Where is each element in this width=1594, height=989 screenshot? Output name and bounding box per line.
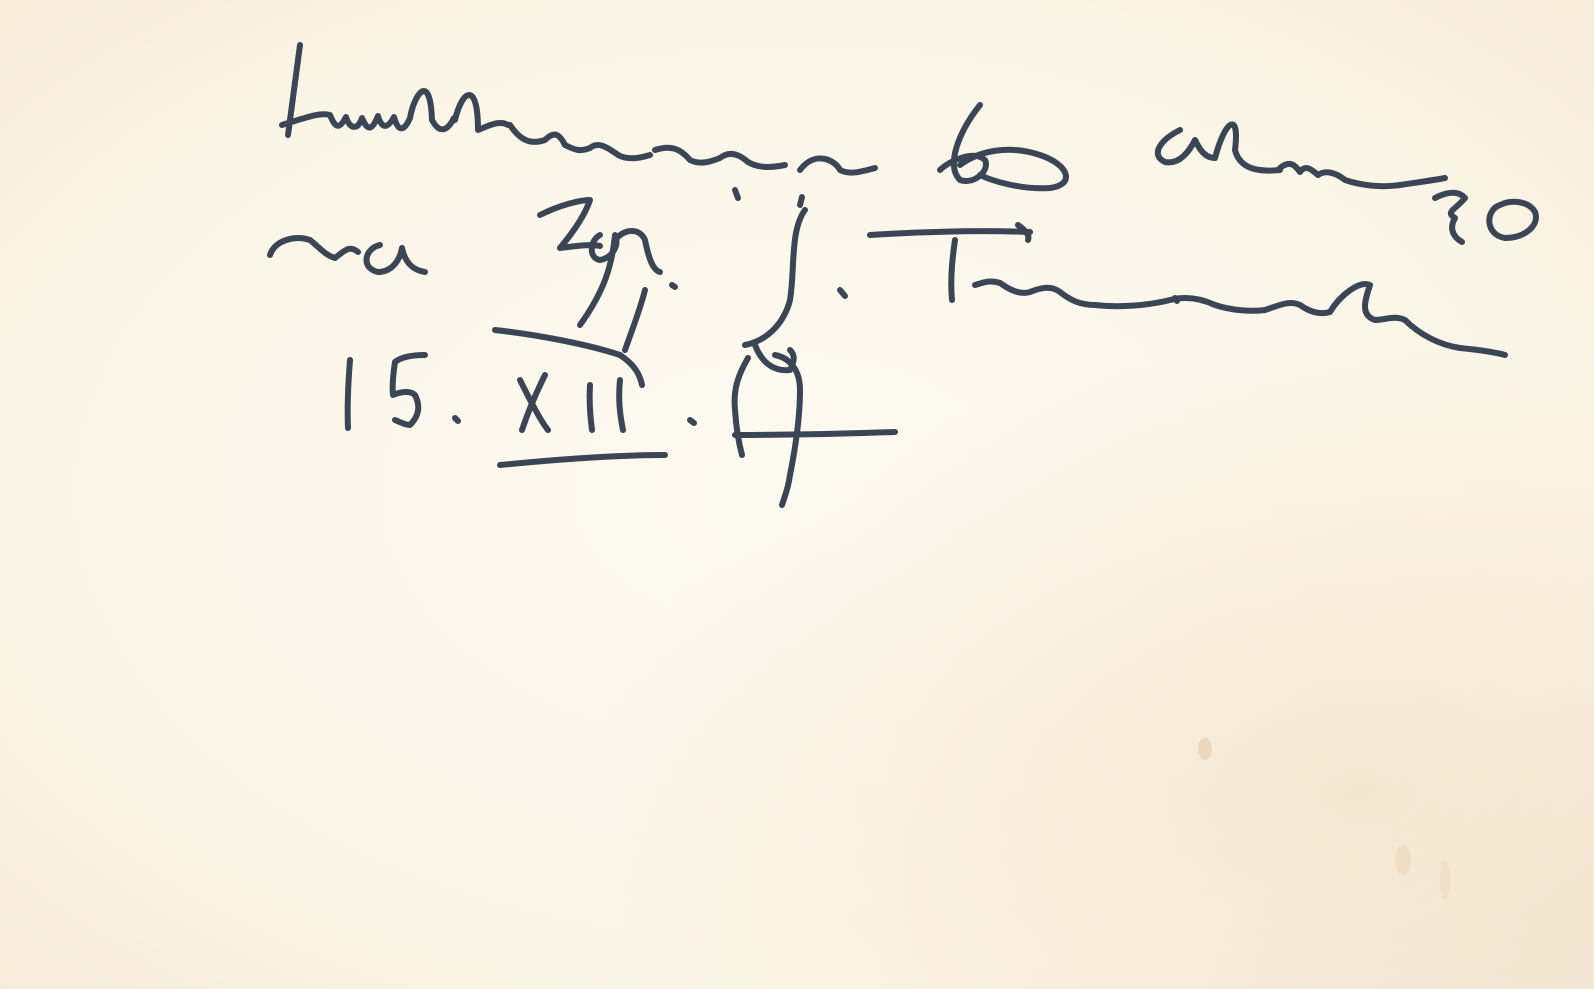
handwriting-line-1 <box>282 45 1066 198</box>
handwriting-line-2 <box>270 197 1505 355</box>
handwriting-line-3-date <box>348 290 895 505</box>
document-card: Lembrança do almoço na Igr. S. Teresinha… <box>0 0 1594 989</box>
handwriting-word-almoco <box>1158 124 1536 242</box>
handwriting <box>0 0 1594 989</box>
